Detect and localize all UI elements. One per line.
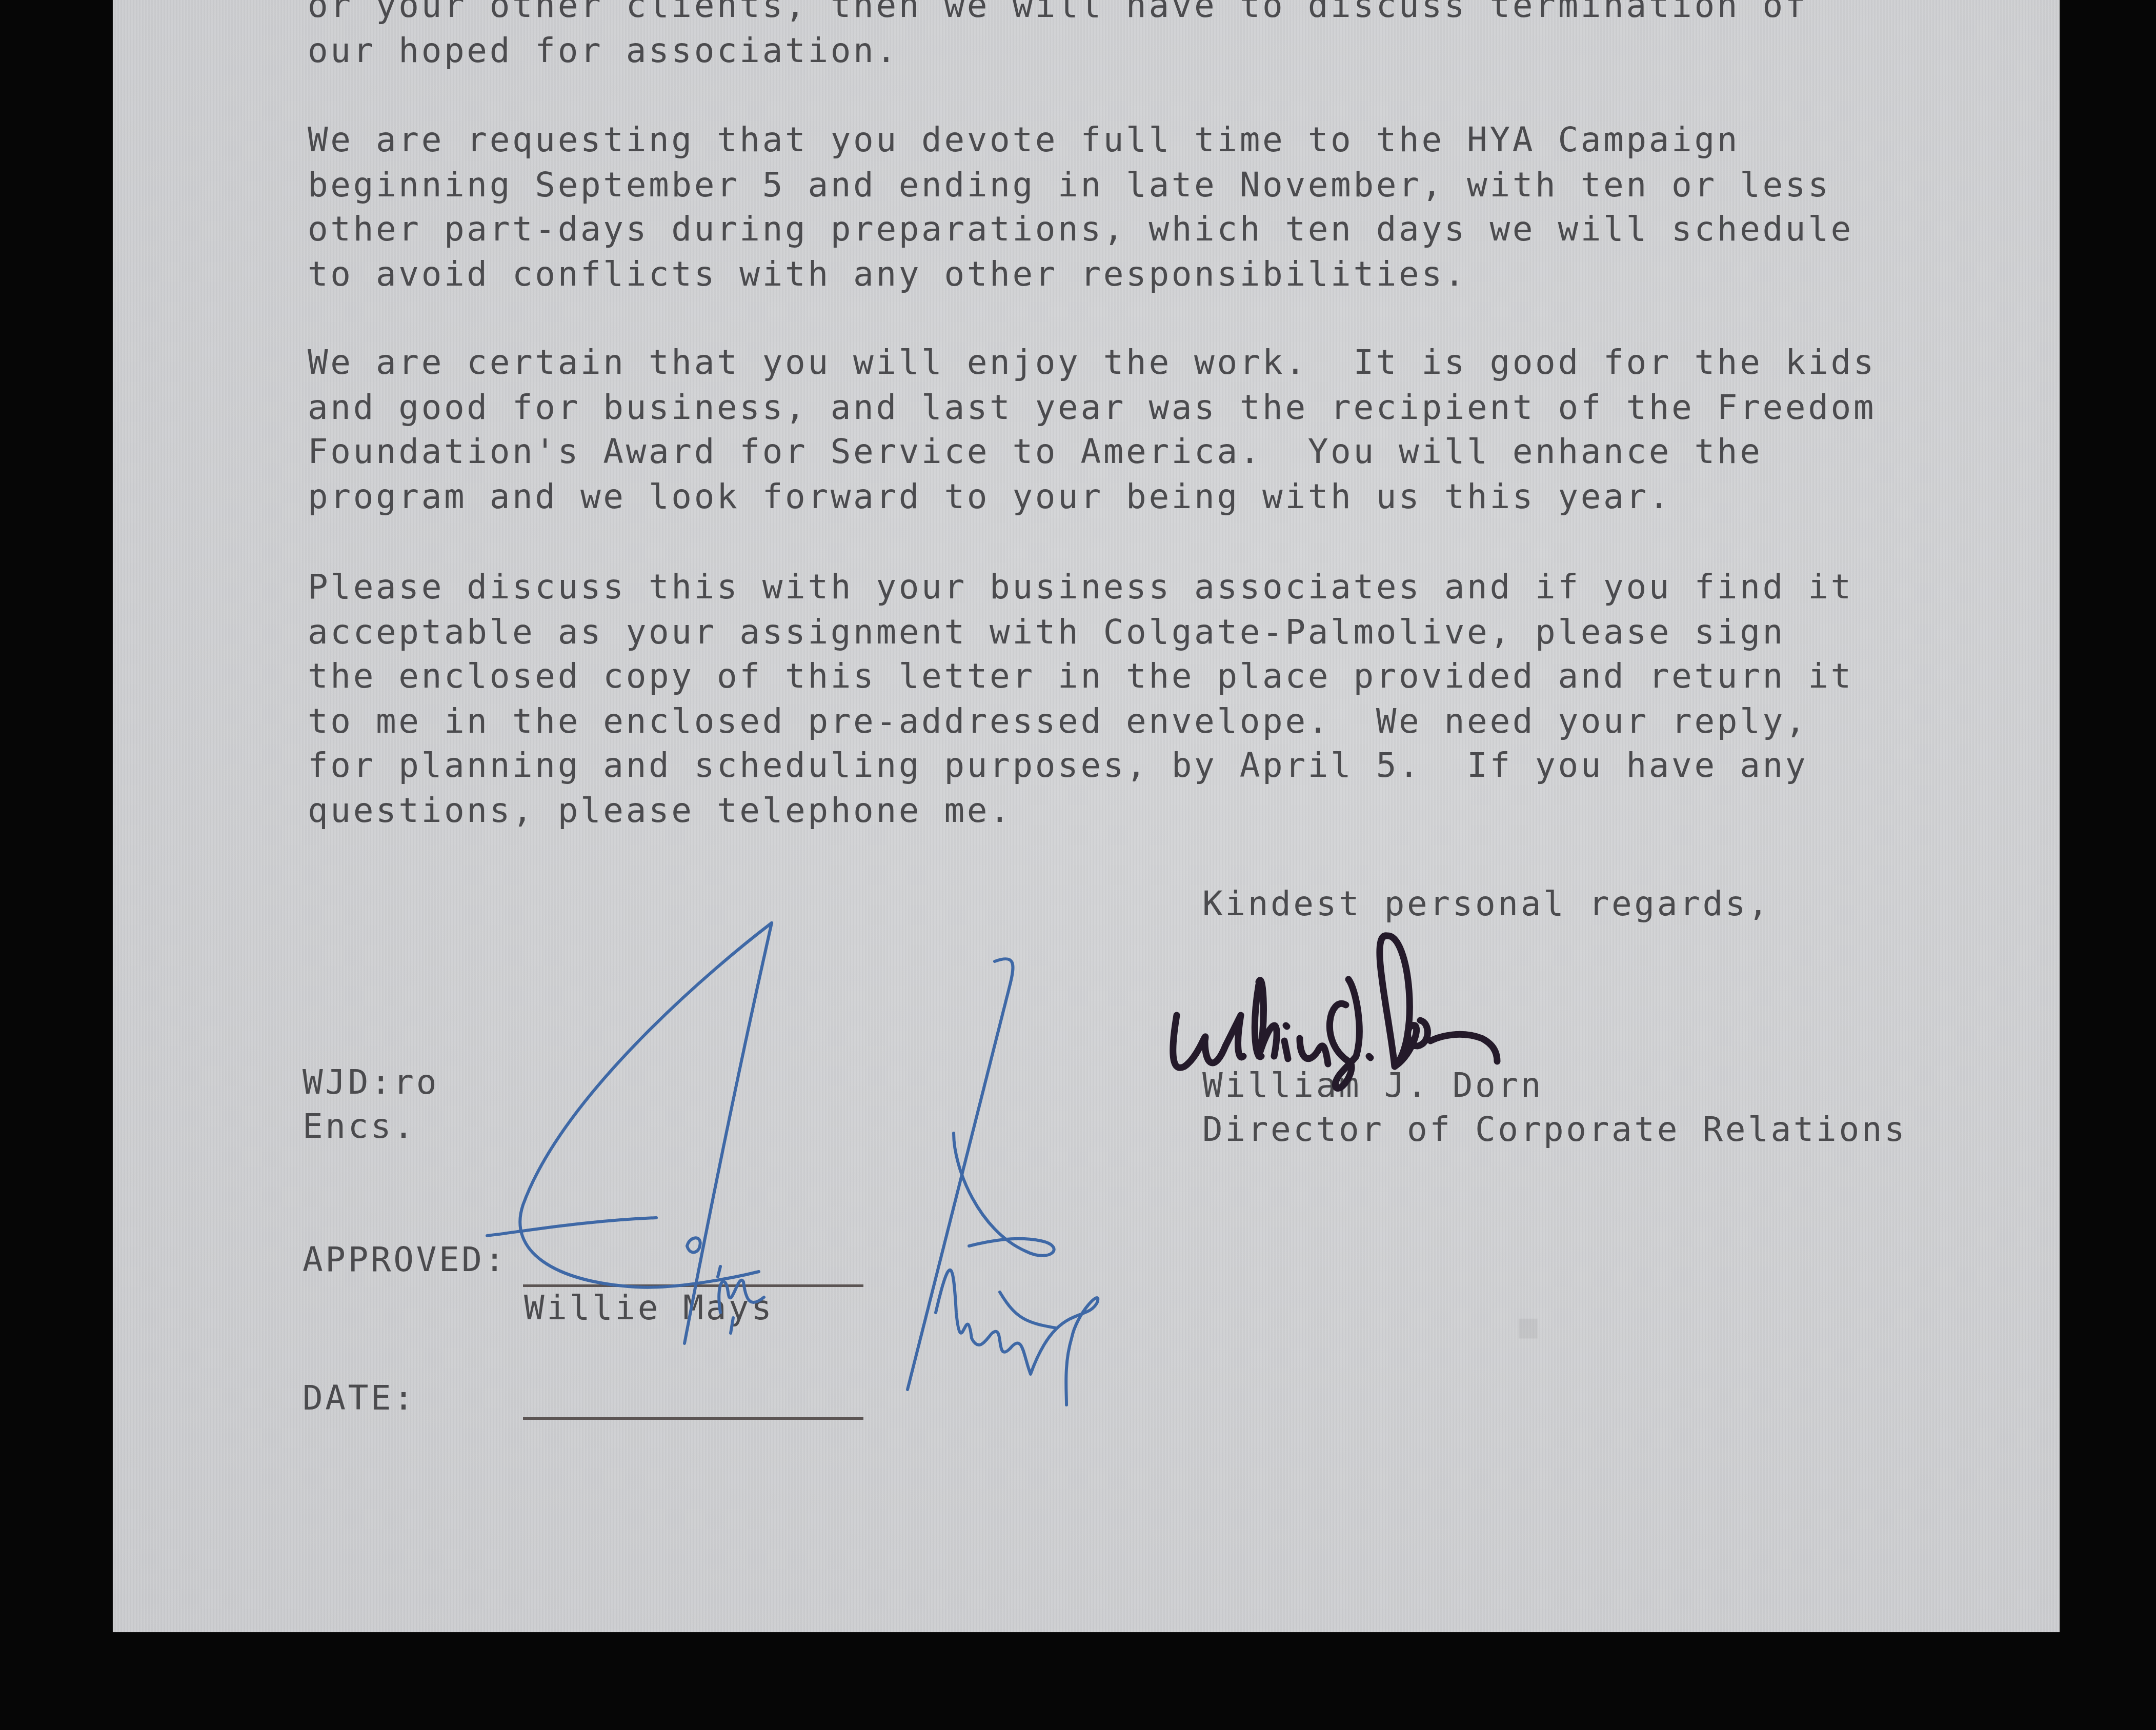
bleed-through-text: ·	[1497, 1251, 1547, 1404]
date-label: DATE:	[303, 1381, 416, 1415]
body-line: We are requesting that you devote full t…	[308, 123, 1740, 157]
dorn-signature	[1154, 913, 1718, 1097]
mays-signature	[461, 913, 1179, 1374]
body-line: program and we look forward to your bein…	[308, 480, 1671, 514]
signer-title: Director of Corporate Relations	[1202, 1113, 1907, 1146]
body-line: questions, please telephone me.	[308, 794, 1012, 828]
body-line: our hoped for association.	[308, 34, 899, 68]
body-line: to me in the enclosed pre-addressed enve…	[308, 705, 1808, 738]
body-line: Please discuss this with your business a…	[308, 570, 1853, 604]
body-line: other part-days during preparations, whi…	[308, 212, 1853, 246]
body-line: the enclosed copy of this letter in the …	[308, 659, 1853, 693]
body-line: acceptable as your assignment with Colga…	[308, 615, 1785, 649]
enclosures: Encs.	[303, 1110, 416, 1143]
body-line: We are certain that you will enjoy the w…	[308, 346, 1876, 379]
body-line: or your other clients, then we will have…	[308, 0, 1808, 23]
body-line: Foundation's Award for Service to Americ…	[308, 435, 1762, 469]
body-line: to avoid conflicts with any other respon…	[308, 257, 1467, 291]
body-line: and good for business, and last year was…	[308, 391, 1876, 425]
body-line: for planning and scheduling purposes, by…	[308, 749, 1808, 782]
reference-initials: WJD:ro	[303, 1065, 439, 1099]
date-line[interactable]	[523, 1417, 863, 1420]
body-line: beginning September 5 and ending in late…	[308, 168, 1830, 202]
